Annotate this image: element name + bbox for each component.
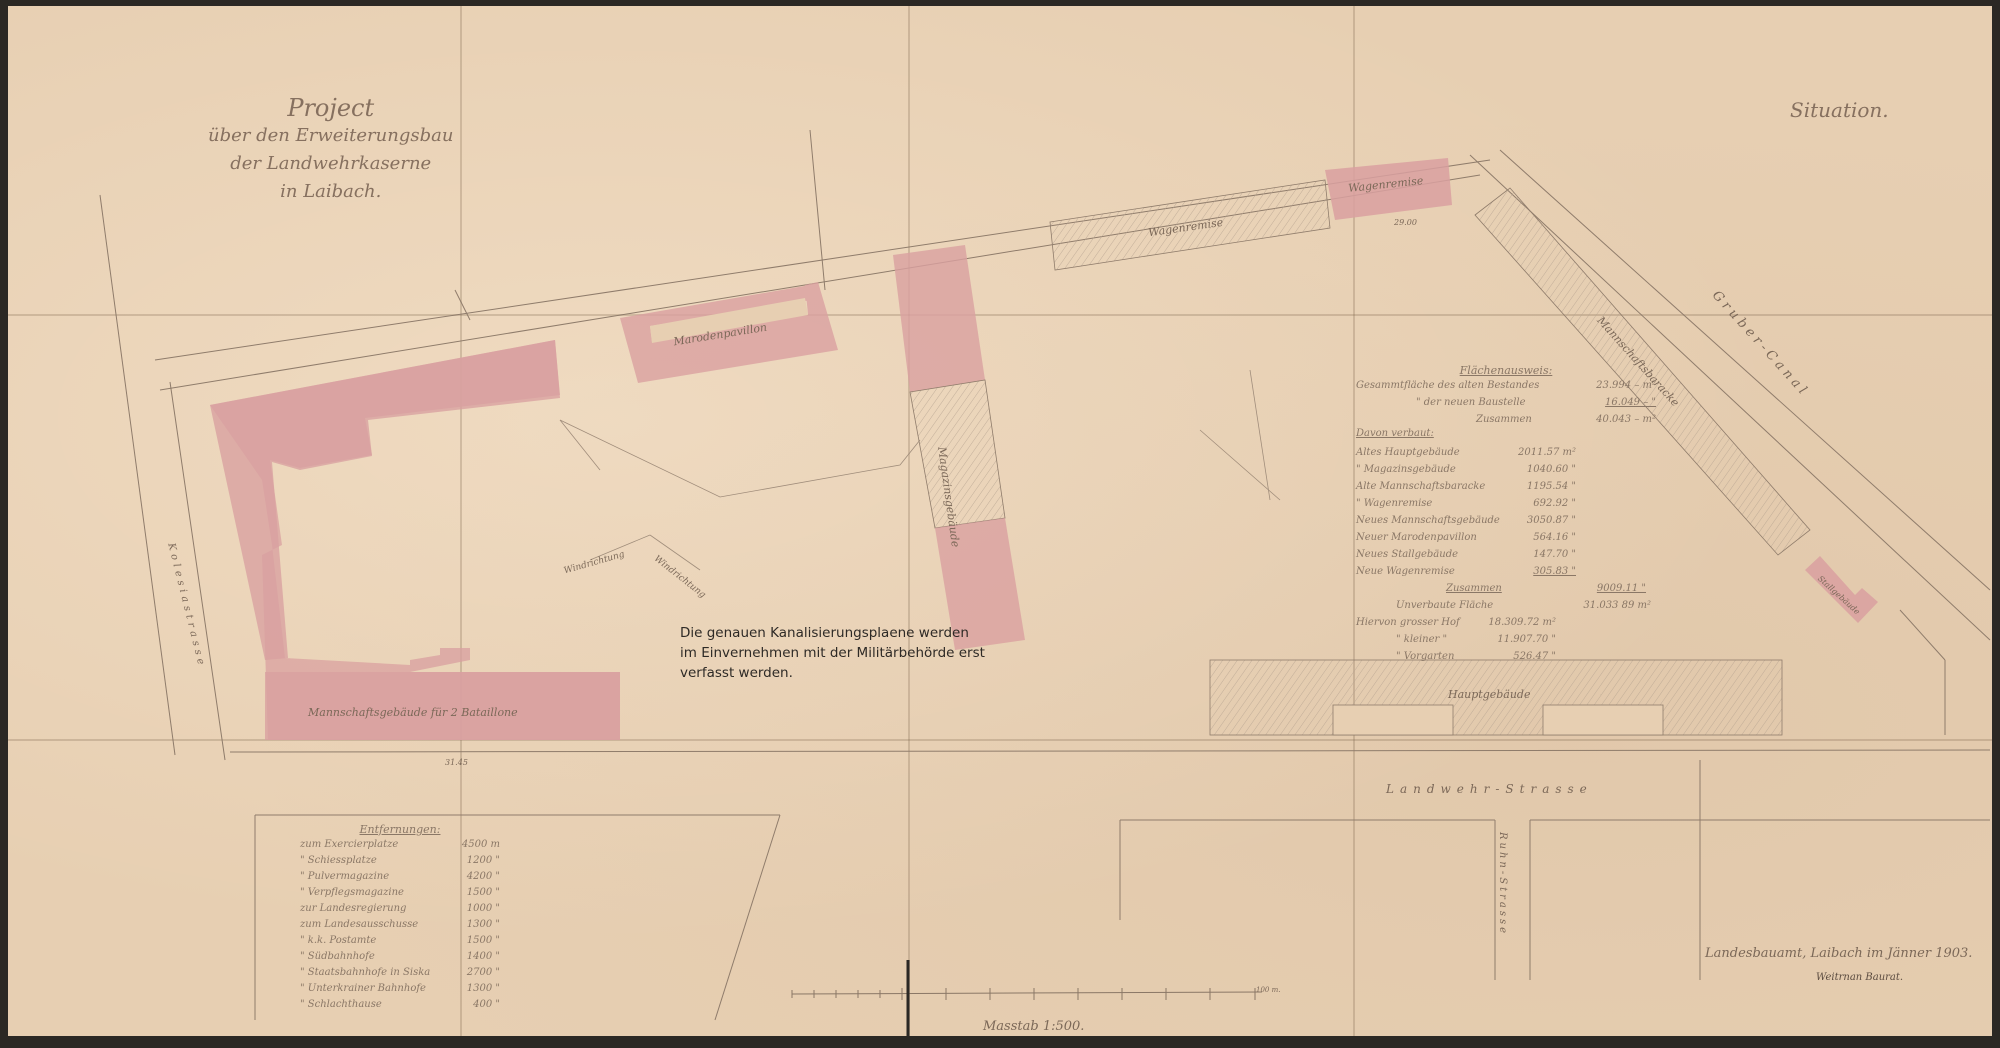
distance-value: 1500 ": [467, 935, 500, 946]
title-line-2: über den Erweiterungsbau: [208, 122, 453, 150]
distance-label: zum Exercierplatze: [300, 839, 398, 850]
distance-label: " Schiessplatze: [300, 855, 377, 866]
signature: Weitrnan Baurat.: [1816, 972, 1903, 983]
unbuilt-part-label: Hiervon grosser Hof: [1356, 617, 1460, 628]
handwritten-note: Die genauen Kanalisierungsplaene werden …: [680, 623, 985, 683]
unbuilt-part-label: " kleiner ": [1396, 634, 1447, 645]
area-row-value: 16.049 – ": [1605, 397, 1656, 408]
distance-label: " Schlachthause: [300, 999, 382, 1010]
street-landwehr: Landwehr-Strasse: [1386, 782, 1593, 796]
unbuilt-part-label: " Vorgarten: [1396, 651, 1454, 662]
built-row-value: 3050.87 ": [1527, 515, 1576, 526]
distance-label: " k.k. Postamte: [300, 935, 376, 946]
distance-label: " Staatsbahnhofe in Siska: [300, 967, 430, 978]
distance-label: " Unterkrainer Bahnhofe: [300, 983, 426, 994]
built-row-value: 692.92 ": [1533, 498, 1576, 509]
built-row-label: " Wagenremise: [1356, 498, 1432, 509]
distance-value: 4500 m: [462, 839, 500, 850]
built-row-label: Alte Mannschaftsbaracke: [1356, 481, 1485, 492]
built-row-label: " Magazinsgebäude: [1356, 464, 1456, 475]
note-line-1: Die genauen Kanalisierungsplaene werden: [680, 623, 985, 643]
distance-value: 4200 ": [467, 871, 500, 882]
distances-heading: Entfernungen:: [300, 823, 500, 836]
distance-label: zur Landesregierung: [300, 903, 406, 914]
map-title: Project über den Erweiterungsbau der Lan…: [208, 94, 453, 206]
area-row-label: " der neuen Baustelle: [1416, 397, 1526, 408]
area-row-label: Zusammen: [1476, 414, 1532, 425]
distance-value: 1500 ": [467, 887, 500, 898]
distance-label: " Verpflegsmagazine: [300, 887, 404, 898]
built-total-value: 9009.11 ": [1597, 583, 1646, 594]
dimension-label: 31.45: [445, 758, 468, 767]
scale-end-tick: 100 m.: [1256, 986, 1280, 994]
note-line-3: verfasst werden.: [680, 663, 985, 683]
built-row-value: 305.83 ": [1533, 566, 1576, 577]
distance-label: " Pulvermagazine: [300, 871, 389, 882]
distance-label: " Südbahnhofe: [300, 951, 375, 962]
note-line-2: im Einvernehmen mit der Militärbehörde e…: [680, 643, 985, 663]
unbuilt-value: 31.033 89 m²: [1583, 600, 1651, 611]
distance-value: 2700 ": [467, 967, 500, 978]
area-table-heading: Flächenausweis:: [1356, 364, 1656, 377]
built-row-value: 1195.54 ": [1527, 481, 1576, 492]
title-line-4: in Laibach.: [208, 178, 453, 206]
built-row-label: Altes Hauptgebäude: [1356, 447, 1460, 458]
area-row-value: 40.043 – m²: [1596, 414, 1656, 425]
scale-label: Masstab 1:500.: [983, 1019, 1084, 1034]
unbuilt-label: Unverbaute Fläche: [1396, 600, 1493, 611]
label-mannschaftsgebaeude: Mannschaftsgebäude für 2 Bataillone: [308, 706, 518, 719]
label-hauptgebaeude: Hauptgebäude: [1448, 688, 1530, 701]
distance-value: 400 ": [473, 999, 500, 1010]
distances-table: Entfernungen: zum Exercierplatze4500 m "…: [300, 823, 500, 1012]
map-sheet: Project über den Erweiterungsbau der Lan…: [8, 6, 1992, 1036]
distance-value: 1300 ": [467, 919, 500, 930]
area-subheading: Davon verbaut:: [1356, 428, 1656, 444]
area-table: Flächenausweis: Gesammtfläche des alten …: [1356, 364, 1656, 665]
built-row-value: 564.16 ": [1533, 532, 1576, 543]
area-row-value: 23.994 – m²: [1596, 380, 1656, 391]
situation-label: Situation.: [1790, 98, 1889, 122]
built-row-value: 2011.57 m²: [1518, 447, 1576, 458]
unbuilt-part-value: 18.309.72 m²: [1488, 617, 1556, 628]
built-row-value: 147.70 ": [1533, 549, 1576, 560]
area-row-label: Gesammtfläche des alten Bestandes: [1356, 380, 1539, 391]
distance-label: zum Landesausschusse: [300, 919, 418, 930]
built-row-label: Neues Stallgebäude: [1356, 549, 1458, 560]
distance-value: 1200 ": [467, 855, 500, 866]
built-row-value: 1040.60 ": [1527, 464, 1576, 475]
title-line-3: der Landwehrkaserne: [208, 150, 453, 178]
dimension-label: 29.00: [1394, 218, 1417, 227]
street-ruhn: Ruhn-Strasse: [1497, 832, 1508, 936]
unbuilt-part-value: 11.907.70 ": [1497, 634, 1556, 645]
title-line-1: Project: [208, 94, 453, 122]
built-row-label: Neuer Marodenpavillon: [1356, 532, 1477, 543]
signature-line: Landesbauamt, Laibach im Jänner 1903.: [1705, 946, 1972, 961]
built-row-label: Neue Wagenremise: [1356, 566, 1455, 577]
distance-value: 1300 ": [467, 983, 500, 994]
built-total-label: Zusammen: [1446, 583, 1502, 594]
unbuilt-part-value: 526.47 ": [1513, 651, 1556, 662]
built-row-label: Neues Mannschaftsgebäude: [1356, 515, 1500, 526]
distance-value: 1000 ": [467, 903, 500, 914]
distance-value: 1400 ": [467, 951, 500, 962]
